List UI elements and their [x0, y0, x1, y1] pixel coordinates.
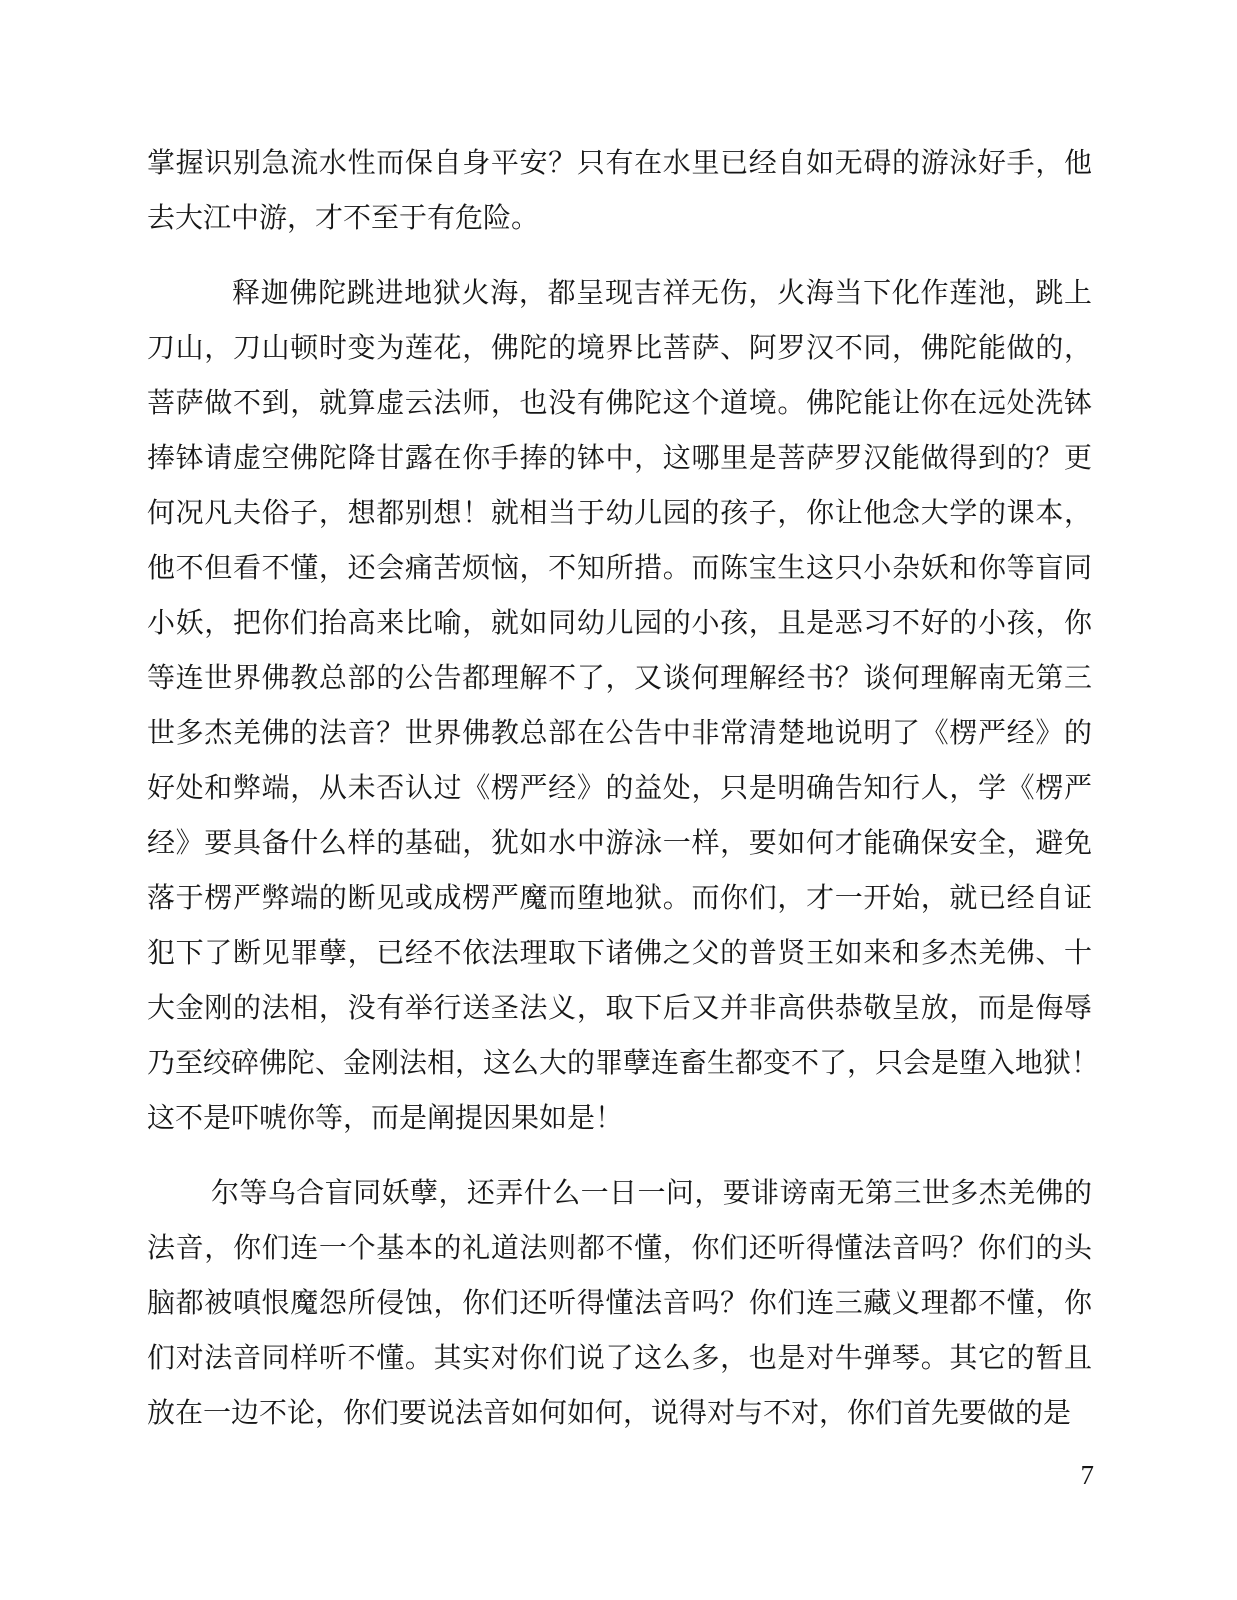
- page-number: 7: [1081, 1460, 1095, 1490]
- text-line: 捧钵请虚空佛陀降甘露在你手捧的钵中，这哪里是菩萨罗汉能做得到的？更: [147, 431, 1092, 486]
- text-line: 落于楞严弊端的断见或成楞严魔而堕地狱。而你们，才一开始，就已经自证: [147, 871, 1092, 926]
- document-body: 掌握识别急流水性而保自身平安？只有在水里已经自如无碍的游泳好手，他去大江中游，才…: [147, 136, 1092, 1441]
- text-line: 乃至绞碎佛陀、金刚法相，这么大的罪孽连畜生都变不了，只会是堕入地狱！: [147, 1036, 1092, 1091]
- text-line: 刀山，刀山顿时变为莲花，佛陀的境界比菩萨、阿罗汉不同，佛陀能做的，: [147, 321, 1092, 376]
- text-line: 何况凡夫俗子，想都别想！就相当于幼儿园的孩子，你让他念大学的课本，: [147, 486, 1092, 541]
- paragraph-2: 释迦佛陀跳进地狱火海，都呈现吉祥无伤，火海当下化作莲池，跳上刀山，刀山顿时变为莲…: [147, 266, 1092, 1146]
- text-line: 菩萨做不到，就算虚云法师，也没有佛陀这个道境。佛陀能让你在远处洗钵: [147, 376, 1092, 431]
- text-line: 去大江中游，才不至于有危险。: [147, 191, 1092, 246]
- text-line: 这不是吓唬你等，而是阐提因果如是！: [147, 1091, 1092, 1146]
- text-line: 脑都被嗔恨魔怨所侵蚀，你们还听得懂法音吗？你们连三藏义理都不懂，你: [147, 1276, 1092, 1331]
- text-line: 世多杰羌佛的法音？世界佛教总部在公告中非常清楚地说明了《楞严经》的: [147, 706, 1092, 761]
- text-line: 释迦佛陀跳进地狱火海，都呈现吉祥无伤，火海当下化作莲池，跳上: [147, 266, 1092, 321]
- text-line: 掌握识别急流水性而保自身平安？只有在水里已经自如无碍的游泳好手，他: [147, 136, 1092, 191]
- paragraph-continuation: 掌握识别急流水性而保自身平安？只有在水里已经自如无碍的游泳好手，他去大江中游，才…: [147, 136, 1092, 246]
- text-line: 他不但看不懂，还会痛苦烦恼，不知所措。而陈宝生这只小杂妖和你等盲同: [147, 541, 1092, 596]
- document-page: 掌握识别急流水性而保自身平安？只有在水里已经自如无碍的游泳好手，他去大江中游，才…: [0, 0, 1237, 1600]
- text-line: 们对法音同样听不懂。其实对你们说了这么多，也是对牛弹琴。其它的暂且: [147, 1331, 1092, 1386]
- text-line: 好处和弊端，从未否认过《楞严经》的益处，只是明确告知行人，学《楞严: [147, 761, 1092, 816]
- text-line: 尔等乌合盲同妖孽，还弄什么一日一问，要诽谤南无第三世多杰羌佛的: [147, 1166, 1092, 1221]
- paragraph-3: 尔等乌合盲同妖孽，还弄什么一日一问，要诽谤南无第三世多杰羌佛的法音，你们连一个基…: [147, 1166, 1092, 1441]
- text-line: 法音，你们连一个基本的礼道法则都不懂，你们还听得懂法音吗？你们的头: [147, 1221, 1092, 1276]
- text-line: 犯下了断见罪孽，已经不依法理取下诸佛之父的普贤王如来和多杰羌佛、十: [147, 926, 1092, 981]
- text-line: 大金刚的法相，没有举行送圣法义，取下后又并非高供恭敬呈放，而是侮辱: [147, 981, 1092, 1036]
- text-line: 放在一边不论，你们要说法音如何如何，说得对与不对，你们首先要做的是: [147, 1386, 1092, 1441]
- text-line: 经》要具备什么样的基础，犹如水中游泳一样，要如何才能确保安全，避免: [147, 816, 1092, 871]
- text-line: 小妖，把你们抬高来比喻，就如同幼儿园的小孩，且是恶习不好的小孩，你: [147, 596, 1092, 651]
- text-line: 等连世界佛教总部的公告都理解不了，又谈何理解经书？谈何理解南无第三: [147, 651, 1092, 706]
